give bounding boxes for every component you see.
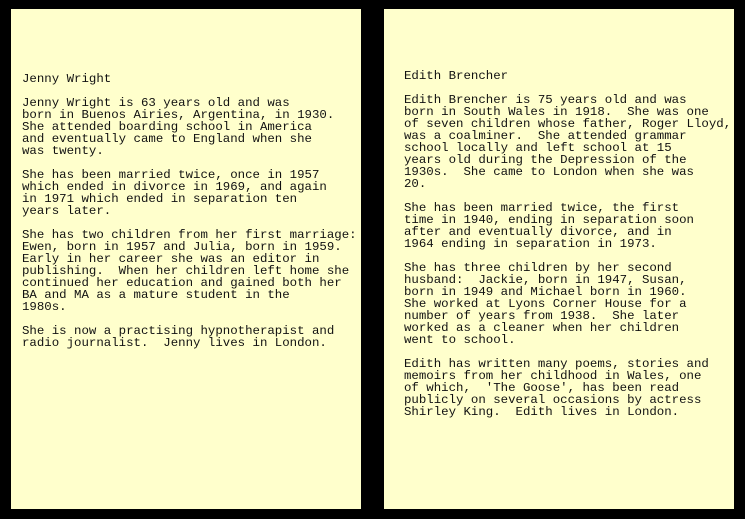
profile-paragraph-children-career: She has two children from her first marr… [22, 229, 361, 313]
profile-name: Jenny Wright [22, 73, 361, 85]
profile-paragraph-children-career: She has three children by her second hus… [404, 262, 734, 346]
profile-paragraph-marriage: She has been married twice, the first ti… [404, 202, 734, 250]
profile-card-jenny-wright: Jenny Wright Jenny Wright is 63 years ol… [11, 9, 361, 509]
profile-paragraph-background: Edith Brencher is 75 years old and was b… [404, 94, 734, 190]
profile-paragraph-current: She is now a practising hypnotherapist a… [22, 325, 361, 349]
profile-paragraph-background: Jenny Wright is 63 years old and was bor… [22, 97, 361, 157]
profile-paragraph-writing: Edith has written many poems, stories an… [404, 358, 734, 418]
profile-card-edith-brencher: Edith Brencher Edith Brencher is 75 year… [384, 9, 734, 509]
profile-name: Edith Brencher [404, 70, 734, 82]
profile-paragraph-marriage: She has been married twice, once in 1957… [22, 169, 361, 217]
